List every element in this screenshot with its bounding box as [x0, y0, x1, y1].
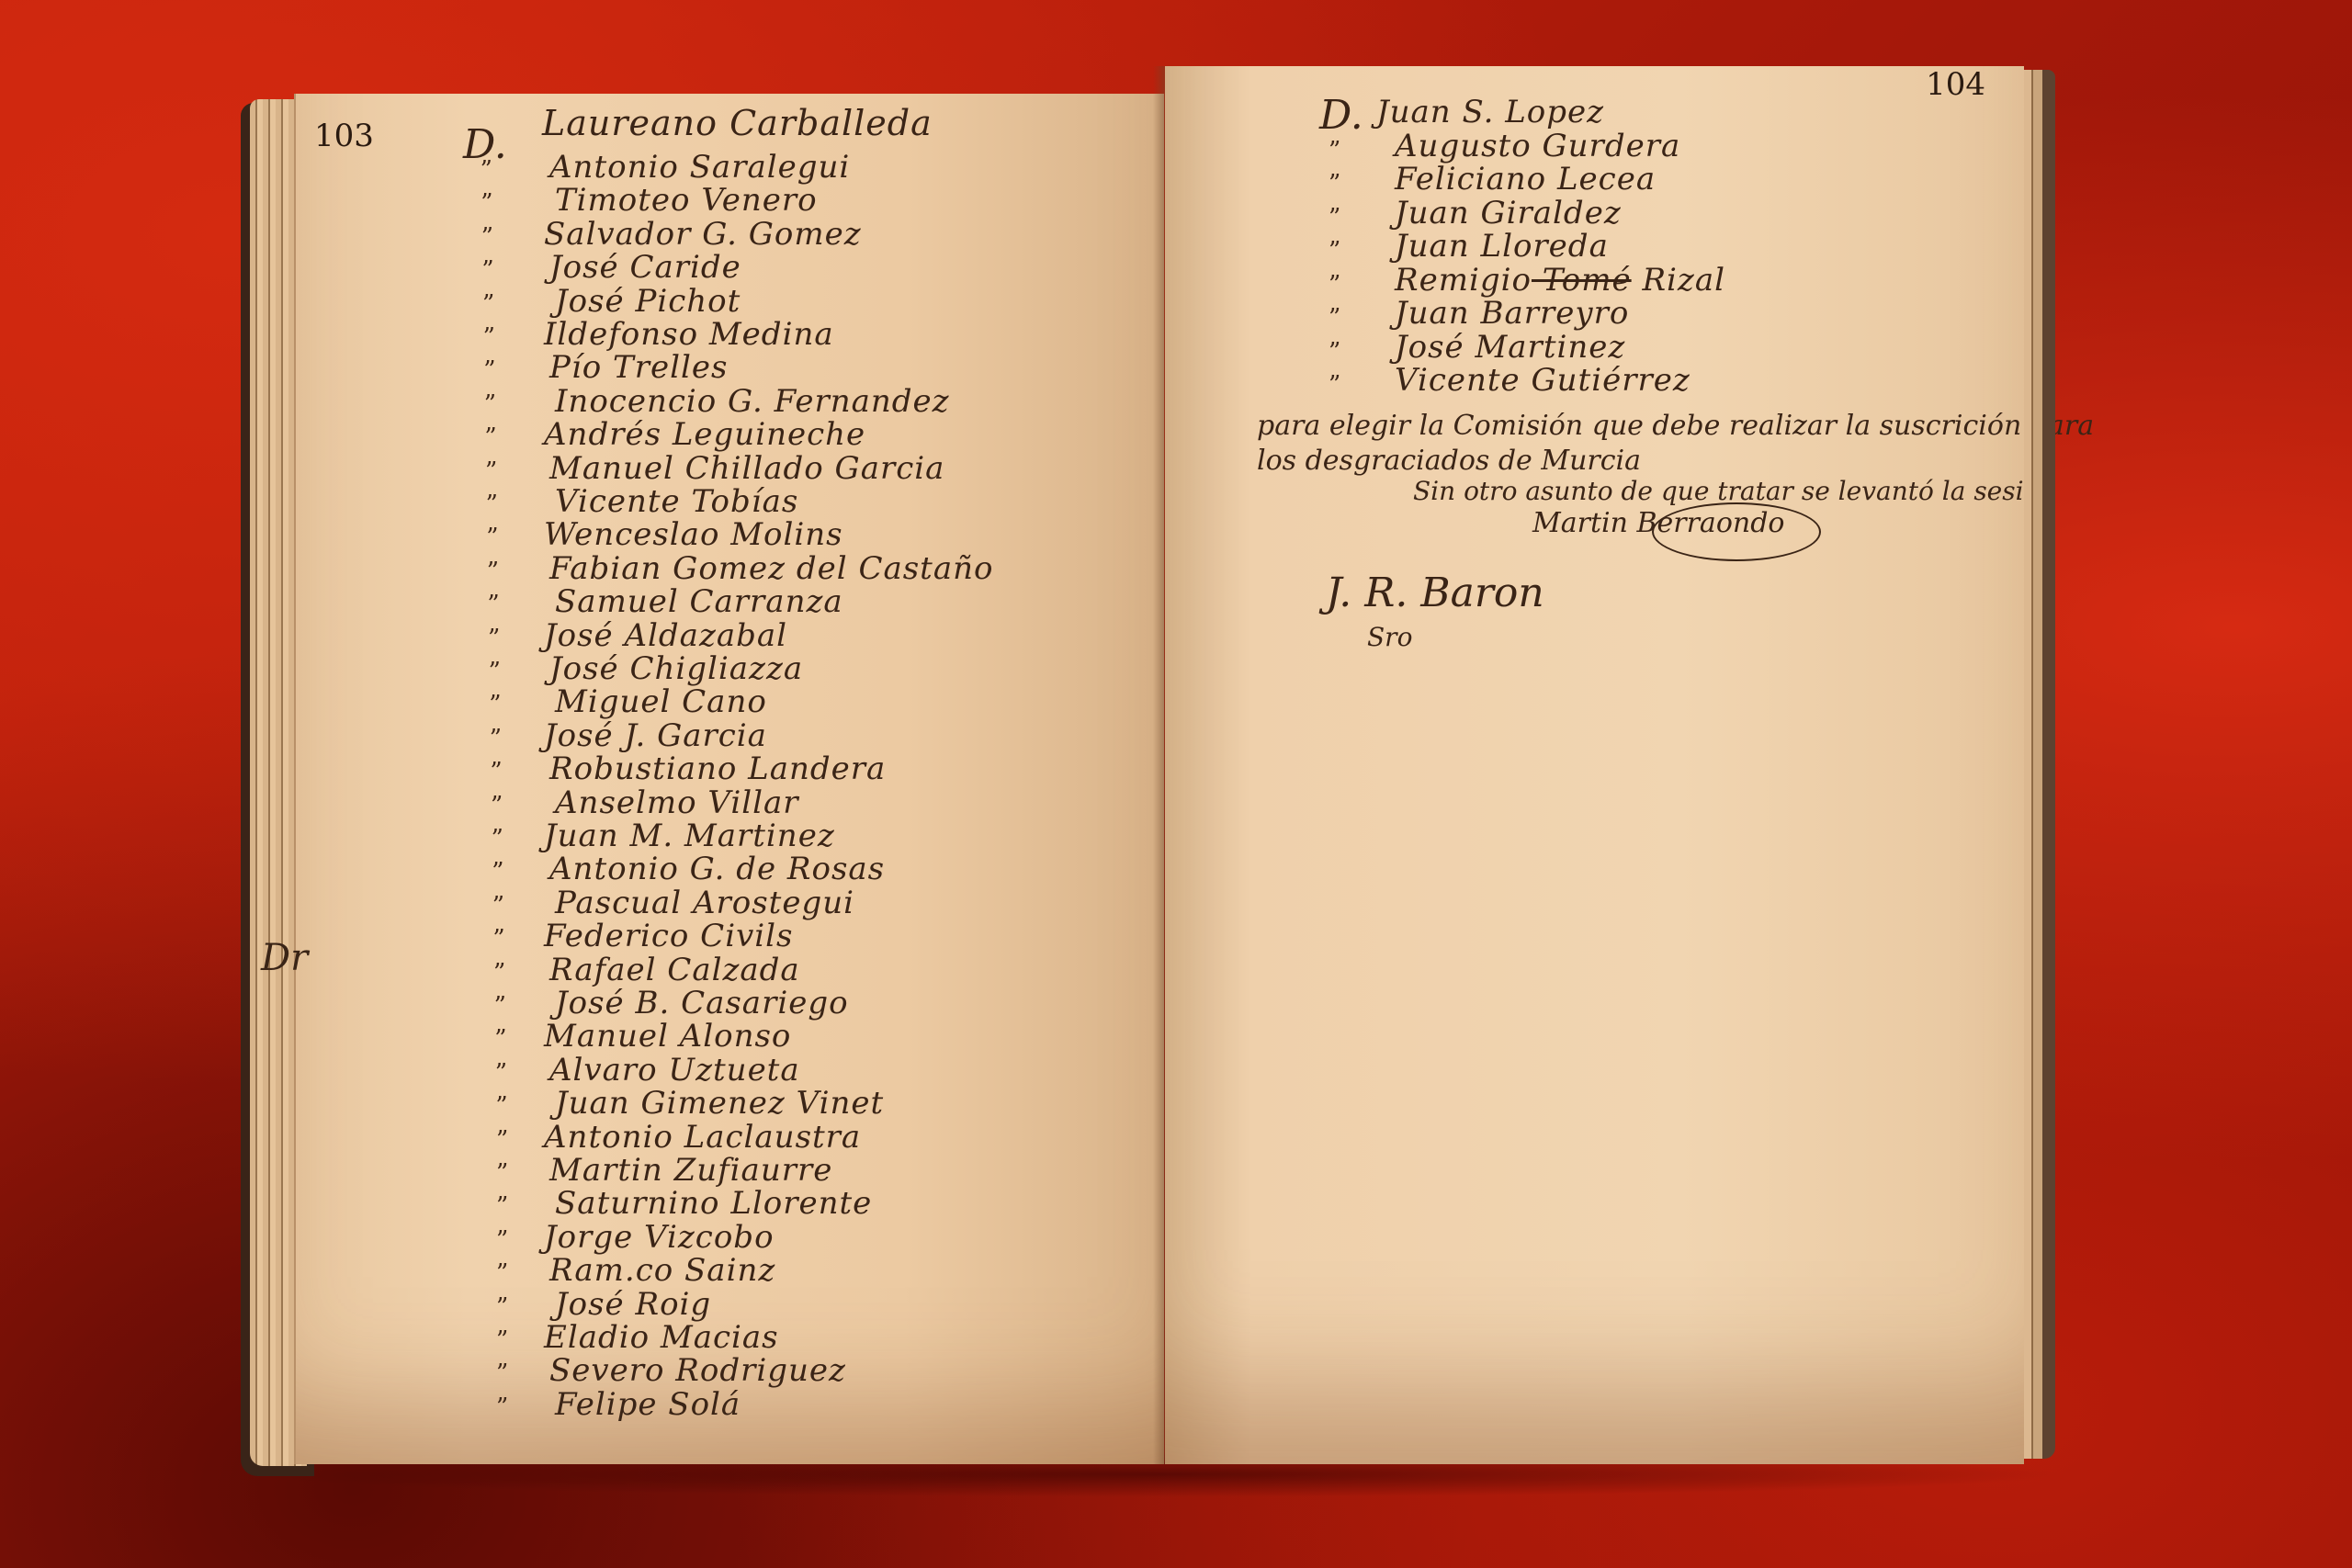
- ditto-mark: ”: [484, 390, 496, 418]
- ditto-mark: ”: [496, 1226, 508, 1254]
- name-entry: Samuel Carranza: [555, 583, 843, 620]
- ditto-mark: ”: [482, 290, 494, 318]
- name-entry: José B. Casariego: [555, 985, 849, 1021]
- ditto-mark: ”: [494, 1025, 506, 1053]
- ditto-mark: ”: [481, 189, 492, 217]
- name-entry: Ildefonso Medina: [544, 316, 834, 353]
- name-entry: Ram.co Sainz: [549, 1252, 775, 1289]
- name-entry: Anselmo Villar: [555, 784, 799, 821]
- ditto-mark: ”: [483, 356, 495, 384]
- ditto-mark: ”: [481, 223, 493, 251]
- name-entry: Jorge Vizcobo: [544, 1219, 775, 1256]
- ditto-mark: ”: [1329, 304, 1340, 332]
- ditto-mark: ”: [1329, 338, 1340, 366]
- name-entry: Timoteo Venero: [555, 182, 818, 219]
- name-entry: Federico Civils: [544, 918, 793, 954]
- name-entry: Wenceslao Molins: [544, 516, 843, 553]
- name-entry: Rafael Calzada: [549, 952, 800, 988]
- ditto-mark: ”: [492, 825, 503, 852]
- ditto-mark: ”: [1329, 204, 1340, 231]
- ditto-mark: ”: [492, 892, 504, 919]
- name-entry: Pascual Arostegui: [555, 885, 854, 921]
- signature-secretary-title: Sro: [1367, 622, 1412, 652]
- name-entry: Juan M. Martinez: [544, 818, 835, 854]
- minutes-text-line-2: los desgraciados de Murcia: [1257, 445, 1641, 477]
- signature-flourish: [1652, 502, 1821, 561]
- ditto-mark: ”: [494, 992, 506, 1020]
- name-entry: Andrés Leguineche: [544, 416, 865, 453]
- name-entry: José Caride: [549, 249, 741, 286]
- name-entry: Inocencio G. Fernandez: [555, 383, 950, 420]
- name-entry: José Martinez: [1395, 329, 1625, 366]
- name-entry: Laureano Carballeda: [542, 103, 933, 143]
- ditto-mark: ”: [488, 625, 500, 652]
- name-entry: Miguel Cano: [555, 683, 767, 720]
- name-entry: José J. Garcia: [544, 717, 767, 754]
- ditto-mark: ”: [1329, 371, 1340, 399]
- ditto-mark: ”: [496, 1293, 508, 1321]
- ditto-mark: ”: [496, 1393, 508, 1421]
- ditto-mark: ”: [489, 658, 501, 685]
- ditto-mark: ”: [1329, 237, 1340, 265]
- name-entry: Fabian Gomez del Castaño: [549, 550, 993, 587]
- name-entry: Salvador G. Gomez: [544, 216, 862, 253]
- ditto-mark: ”: [496, 1359, 508, 1387]
- name-entry: Remigio Tomé Rizal: [1395, 262, 1725, 299]
- page-stack-right: [2024, 70, 2055, 1459]
- ditto-mark: ”: [490, 758, 502, 785]
- name-entry: José Chigliazza: [549, 650, 803, 687]
- name-entry: Juan Barreyro: [1395, 295, 1629, 332]
- ditto-mark: ”: [483, 323, 495, 351]
- ditto-mark: ”: [490, 725, 502, 752]
- name-entry: Pío Trelles: [549, 349, 728, 386]
- name-entry: Severo Rodriguez: [549, 1352, 846, 1389]
- name-entry: Antonio Saralegui: [549, 149, 850, 186]
- name-entry: Juan Gimenez Vinet: [555, 1085, 884, 1122]
- name-entry: José Roig: [555, 1286, 711, 1323]
- name-entry: Augusto Gurdera: [1395, 128, 1680, 164]
- left-page: 103 D. Laureano Carballeda Dr ”Antonio S…: [294, 94, 1164, 1464]
- name-entry: Martin Zufiaurre: [549, 1152, 832, 1189]
- honorific-prefix: D.: [1319, 92, 1363, 139]
- ditto-mark: ”: [491, 792, 503, 819]
- name-entry: Juan Lloreda: [1395, 228, 1609, 265]
- name-entry: Saturnino Llorente: [555, 1185, 872, 1222]
- ditto-mark: ”: [495, 1092, 507, 1120]
- page-number-left: 103: [314, 118, 374, 154]
- name-entry: Manuel Alonso: [544, 1018, 791, 1055]
- minutes-text-line-1: para elegir la Comisión que debe realiza…: [1257, 410, 2094, 442]
- name-entry: Juan S. Lopez: [1376, 94, 1604, 130]
- ditto-mark: ”: [496, 1126, 508, 1154]
- ditto-mark: ”: [481, 156, 492, 184]
- name-entry: Juan Giraldez: [1395, 195, 1622, 231]
- name-entry: Manuel Chillado Garcia: [549, 450, 944, 487]
- ditto-mark: ”: [484, 423, 496, 451]
- name-entry: Eladio Macias: [544, 1319, 779, 1356]
- ditto-mark: ”: [487, 558, 499, 585]
- name-entry: Feliciano Lecea: [1395, 161, 1656, 197]
- name-entry: Antonio G. de Rosas: [549, 851, 885, 887]
- ditto-mark: ”: [1329, 271, 1340, 299]
- ditto-mark: ”: [489, 691, 501, 718]
- ditto-mark: ”: [486, 524, 498, 551]
- ditto-mark: ”: [493, 959, 505, 987]
- name-entry: Robustiano Landera: [549, 750, 886, 787]
- name-entry: José Pichot: [555, 283, 741, 320]
- ditto-mark: ”: [496, 1192, 508, 1220]
- name-entry: Felipe Solá: [555, 1386, 741, 1423]
- margin-note: Dr: [261, 937, 308, 979]
- ditto-mark: ”: [495, 1059, 507, 1087]
- ditto-mark: ”: [492, 925, 504, 953]
- name-entry: Vicente Gutiérrez: [1395, 362, 1690, 399]
- signature-secretary: J. R. Baron: [1326, 570, 1544, 616]
- ditto-mark: ”: [481, 256, 493, 284]
- ditto-mark: ”: [496, 1159, 508, 1187]
- ditto-mark: ”: [496, 1259, 508, 1287]
- name-entry: José Aldazabal: [544, 617, 787, 654]
- name-entry: Antonio Laclaustra: [544, 1119, 861, 1156]
- ditto-mark: ”: [487, 591, 499, 618]
- ditto-mark: ”: [486, 491, 498, 518]
- ditto-mark: ”: [492, 858, 503, 886]
- ditto-mark: ”: [485, 457, 497, 485]
- ditto-mark: ”: [496, 1326, 508, 1354]
- struck-out-word: Tomé: [1532, 262, 1632, 299]
- right-page: 104 D. Juan S. Lopez”Augusto Gurdera”Fel…: [1165, 66, 2024, 1464]
- ditto-mark: ”: [1329, 137, 1340, 164]
- page-number-right: 104: [1926, 66, 1985, 103]
- name-entry: Alvaro Uztueta: [549, 1052, 800, 1089]
- name-entry: Vicente Tobías: [555, 483, 798, 520]
- ditto-mark: ”: [1329, 170, 1340, 197]
